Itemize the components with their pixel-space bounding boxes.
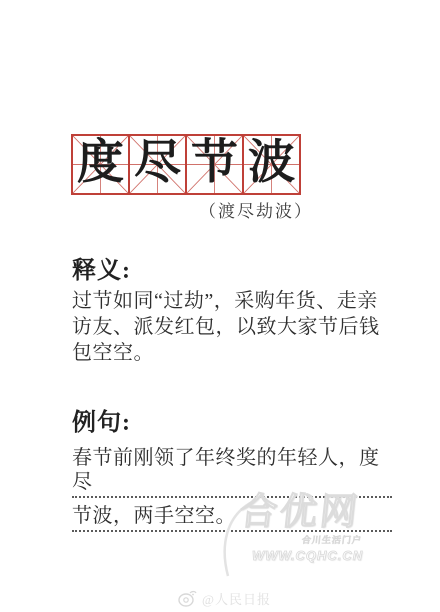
example-text: 春节前刚领了年终奖的年轻人，度尽 节波，两手空空。 (72, 440, 392, 532)
definition-text: 过节如同“过劫”，采购年货、走亲 访友、派发红包，以致大家节后钱 包空空。 (72, 288, 398, 366)
title-char-box: 度 (71, 134, 130, 195)
vocab-card: 度 尽 节 (0, 0, 440, 612)
example-heading: 例句: (72, 402, 131, 437)
example-line: 春节前刚领了年终奖的年轻人，度尽 (72, 440, 392, 498)
weibo-watermark: @人民日报 (178, 589, 271, 608)
weibo-handle: @人民日报 (202, 589, 271, 608)
definition-line: 过节如同“过劫”，采购年货、走亲 (72, 288, 398, 314)
site-logo-url: WWW.CQHC.CN (252, 548, 405, 563)
title-char: 波 (244, 136, 299, 193)
title-char: 度 (73, 136, 128, 193)
title-char: 节 (187, 136, 242, 193)
example-line: 节波，两手空空。 (72, 498, 392, 532)
site-logo-tagline: 合川生活门户 (301, 533, 405, 546)
definition-line: 访友、派发红包，以致大家节后钱 (72, 314, 398, 340)
title-char-box: 节 (185, 134, 244, 195)
title-grid: 度 尽 节 (71, 134, 301, 195)
definition-line: 包空空。 (72, 340, 398, 366)
definition-heading: 释义: (72, 250, 131, 285)
title-char-box: 波 (242, 134, 301, 195)
original-idiom: （渡尽劫波） (70, 197, 313, 222)
title-char-box: 尽 (128, 134, 187, 195)
weibo-eye-icon (178, 590, 197, 607)
title-char: 尽 (130, 136, 185, 193)
